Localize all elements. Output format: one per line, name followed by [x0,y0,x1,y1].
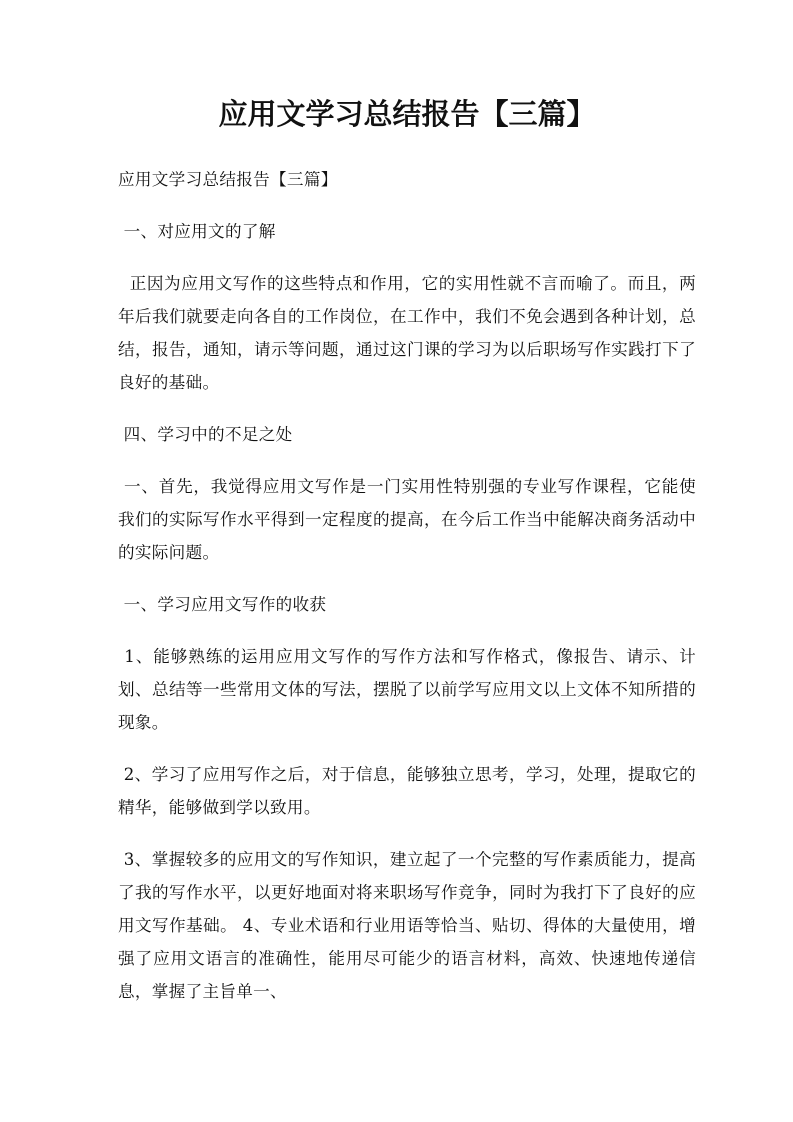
subtitle-paragraph: 应用文学习总结报告【三篇】 [118,163,696,196]
section-heading-shortcomings: 四、学习中的不足之处 [118,418,696,451]
body-paragraph: 正因为应用文写作的这些特点和作用，它的实用性就不言而喻了。而且，两年后我们就要走… [118,267,696,399]
list-item-paragraph: 2、学习了应用写作之后，对于信息，能够独立思考，学习，处理，提取它的精华，能够做… [118,758,696,824]
document-title: 应用文学习总结报告【三篇】 [118,94,696,134]
body-paragraph: 一、首先，我觉得应用文写作是一门实用性特别强的专业写作课程，它能使我们的实际写作… [118,470,696,569]
list-item-paragraph: 3、掌握较多的应用文的写作知识，建立起了一个完整的写作素质能力，提高了我的写作水… [118,843,696,1008]
section-heading-gains: 一、学习应用文写作的收获 [118,588,696,621]
document-body: 应用文学习总结报告【三篇】 一、对应用文的了解 正因为应用文写作的这些特点和作用… [118,163,696,1027]
section-heading-understanding: 一、对应用文的了解 [118,215,696,248]
list-item-paragraph: 1、能够熟练的运用应用文写作的写作方法和写作格式，像报告、请示、计划、总结等一些… [118,640,696,739]
